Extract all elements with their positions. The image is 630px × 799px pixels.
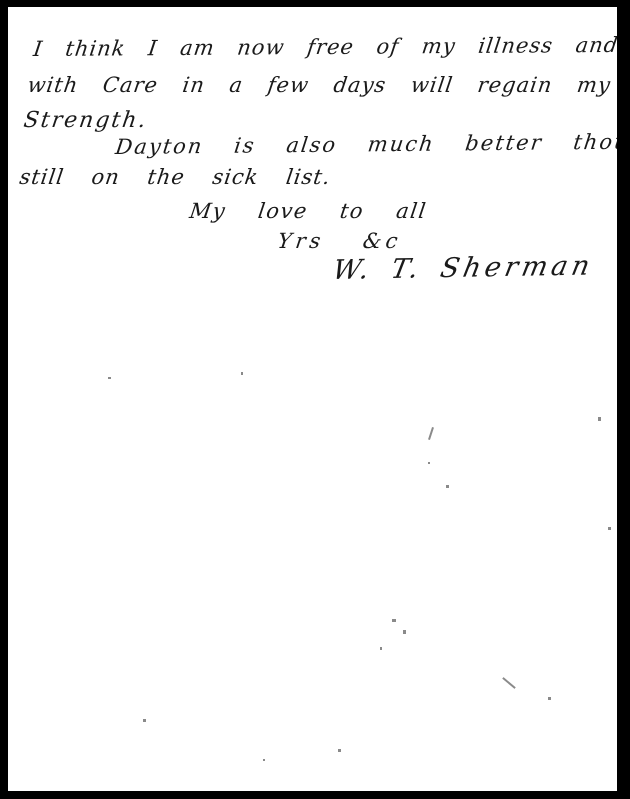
letter-body-line-4: Dayton is also much better though [114,129,617,159]
scan-speck [108,377,111,379]
letter-body-line-3: Strength. [22,108,149,133]
scan-speck [428,462,430,464]
scan-speck [598,417,601,421]
scan-speck [502,677,516,689]
letter-page: I think I am now free of my illness and … [8,7,617,791]
scan-speck [263,759,265,761]
scan-speck [338,749,341,752]
letter-closing: Yrs &c [276,229,403,253]
letter-body-line-1: I think I am now free of my illness and [32,33,617,61]
letter-body-line-5: still on the sick list. [18,165,332,189]
scan-speck [446,485,449,488]
scan-speck [392,619,396,622]
scan-speck [608,527,611,530]
scan-speck [143,719,146,722]
letter-body-line-2: with Care in a few days will regain my [26,73,613,97]
scan-speck [548,697,551,700]
scan-speck [241,372,243,375]
scan-speck [428,427,434,440]
signature: W. T. Sherman [330,250,596,286]
scan-speck [380,647,382,650]
scan-speck [403,630,406,634]
letter-love-line: My love to all [188,199,428,223]
